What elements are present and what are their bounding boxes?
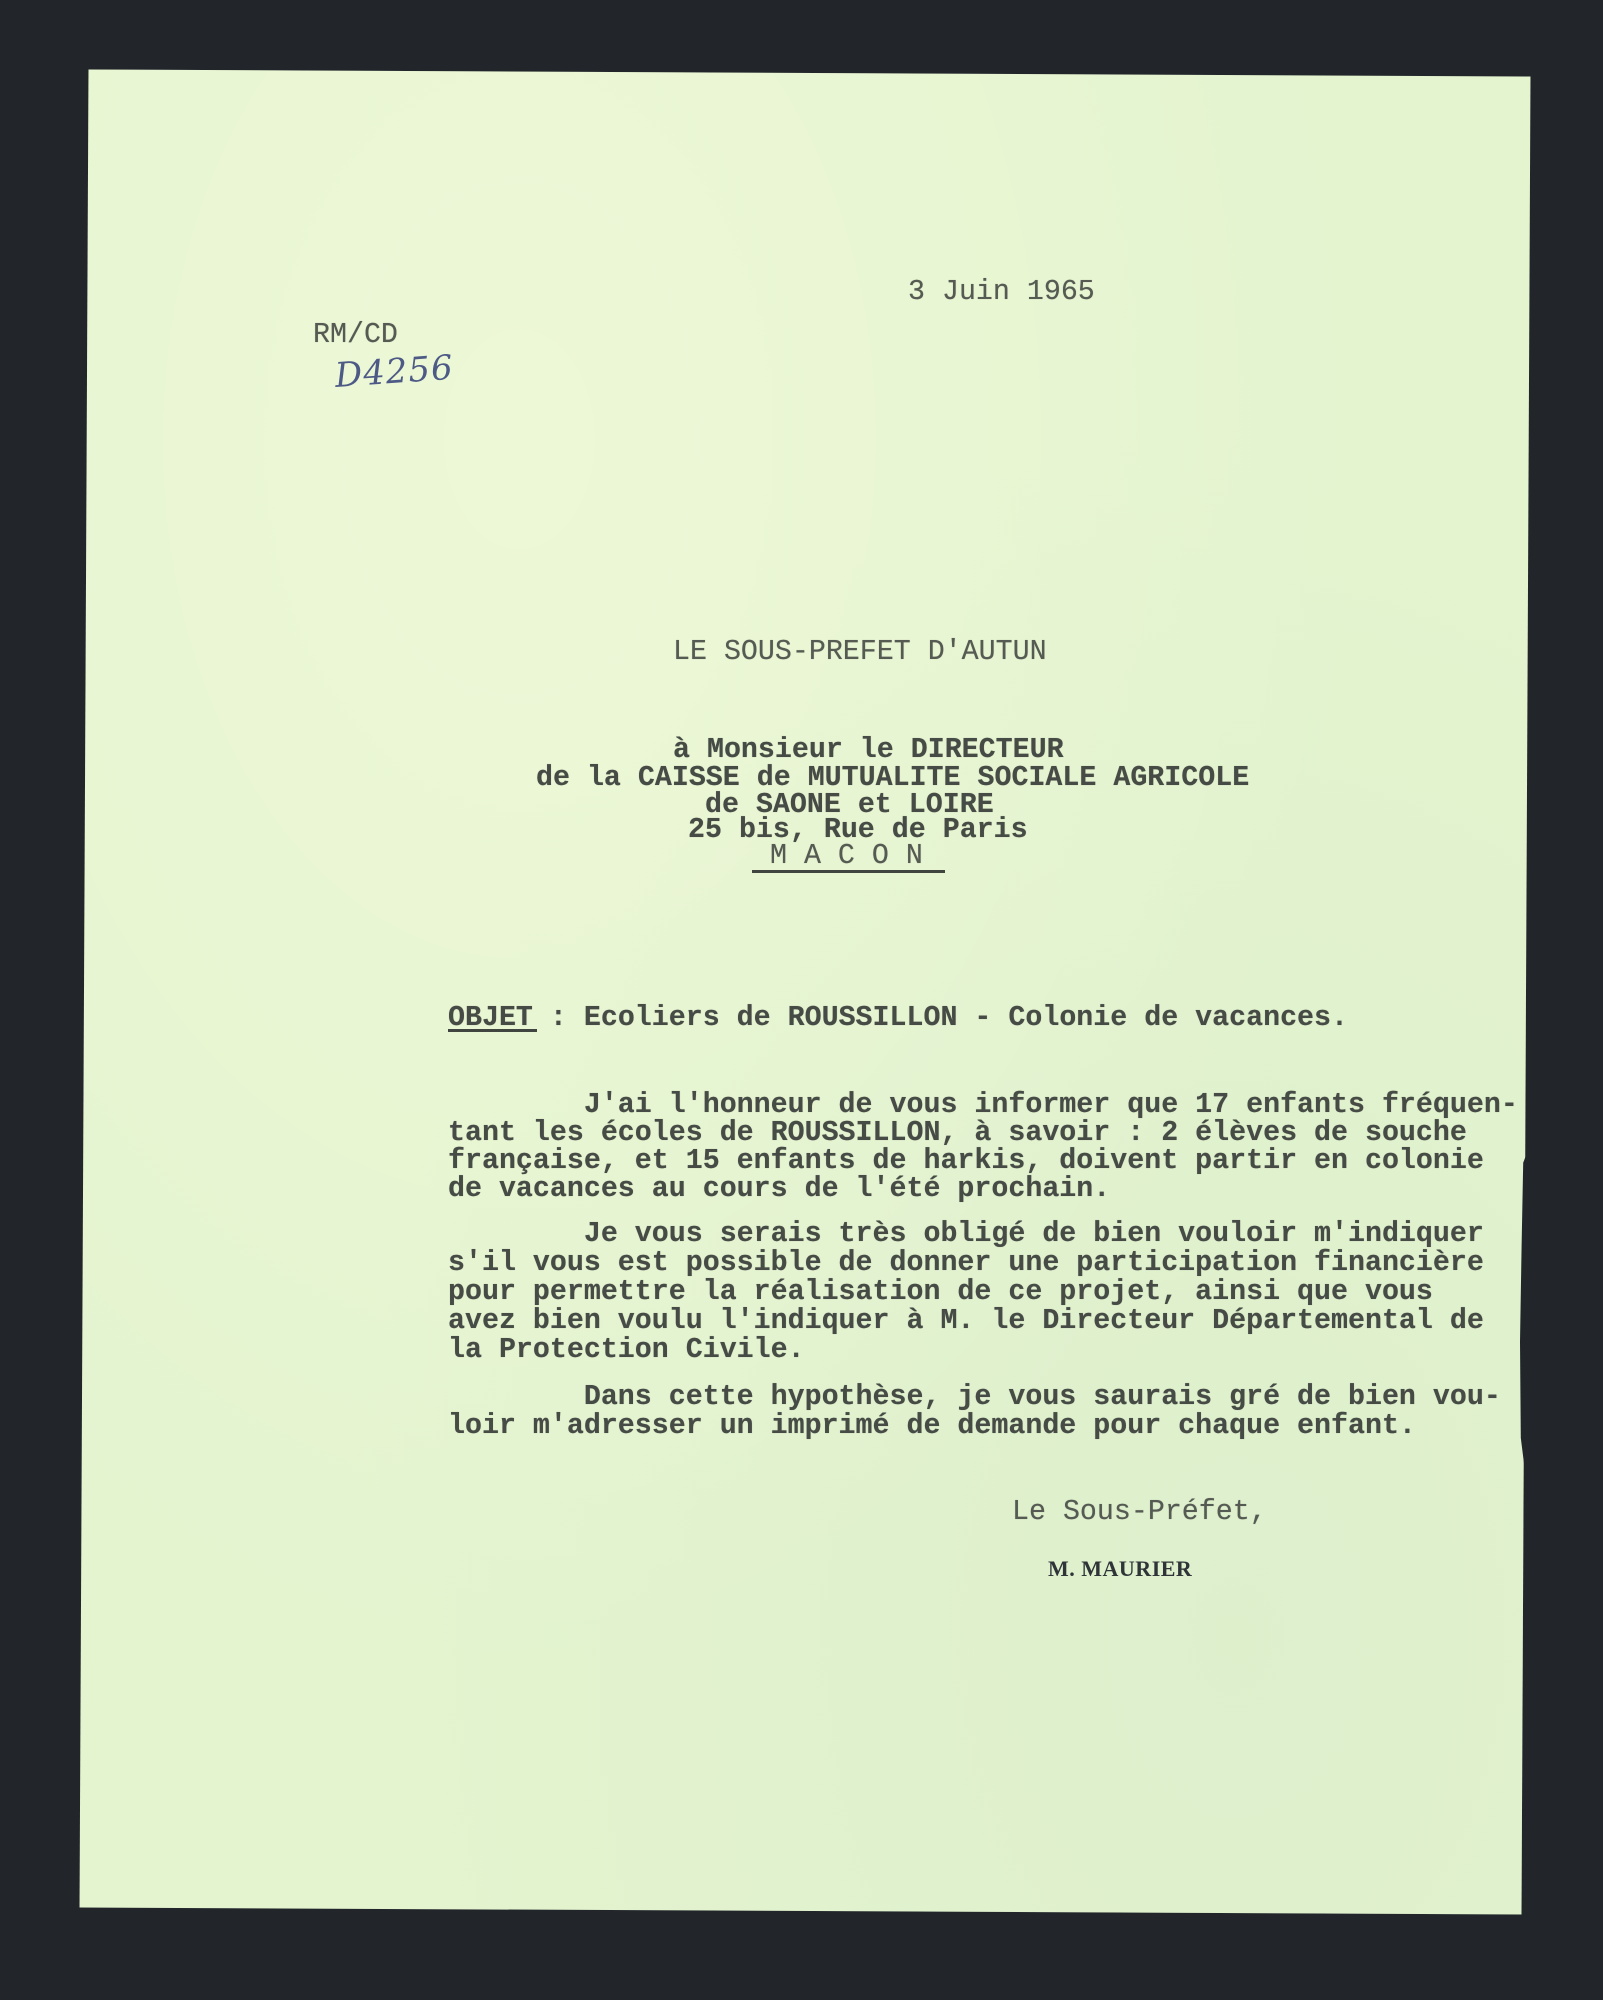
paragraph-1-line-3: française, et 15 enfants de harkis, doiv…: [448, 1147, 1484, 1175]
signature-stamp: M. MAURIER: [1048, 1556, 1192, 1582]
paragraph-2-line-2: s'il vous est possible de donner une par…: [448, 1249, 1484, 1277]
subject-label-underline: [448, 1029, 537, 1032]
paragraph-1-line-1: J'ai l'honneur de vous informer que 17 e…: [448, 1091, 1518, 1119]
recipient-city: M A C O N: [770, 842, 923, 870]
subject-separator: :: [533, 1002, 584, 1034]
paragraph-3-line-2: loir m'adresser un imprimé de demande po…: [448, 1412, 1416, 1440]
subject-text: Ecoliers de ROUSSILLON - Colonie de vaca…: [584, 1002, 1348, 1034]
paragraph-3-line-1: Dans cette hypothèse, je vous saurais gr…: [448, 1383, 1501, 1411]
paragraph-1-line-2: tant les écoles de ROUSSILLON, à savoir …: [448, 1119, 1467, 1147]
recipient-line-2: de la CAISSE de MUTUALITE SOCIALE AGRICO…: [536, 764, 1249, 792]
letter-paper: [80, 69, 1531, 1914]
date: 3 Juin 1965: [908, 278, 1095, 306]
paragraph-2-line-4: avez bien voulu l'indiquer à M. le Direc…: [448, 1307, 1484, 1335]
paragraph-2-line-1: Je vous serais très obligé de bien voulo…: [448, 1220, 1484, 1248]
recipient-line-1: à Monsieur le DIRECTEUR: [673, 736, 1064, 764]
paragraph-1-line-4: de vacances au cours de l'été prochain.: [448, 1175, 1110, 1203]
paragraph-2-line-3: pour permettre la réalisation de ce proj…: [448, 1278, 1433, 1306]
subject-line: OBJET : Ecoliers de ROUSSILLON - Colonie…: [448, 1004, 1348, 1032]
closing-title: Le Sous-Préfet,: [1012, 1498, 1267, 1526]
paragraph-2-line-5: la Protection Civile.: [448, 1336, 805, 1364]
reference-code: RM/CD: [313, 321, 398, 349]
handwritten-reference: D4256: [334, 348, 455, 396]
city-underline: [752, 870, 945, 873]
sender-heading: LE SOUS-PREFET D'AUTUN: [673, 638, 1047, 666]
